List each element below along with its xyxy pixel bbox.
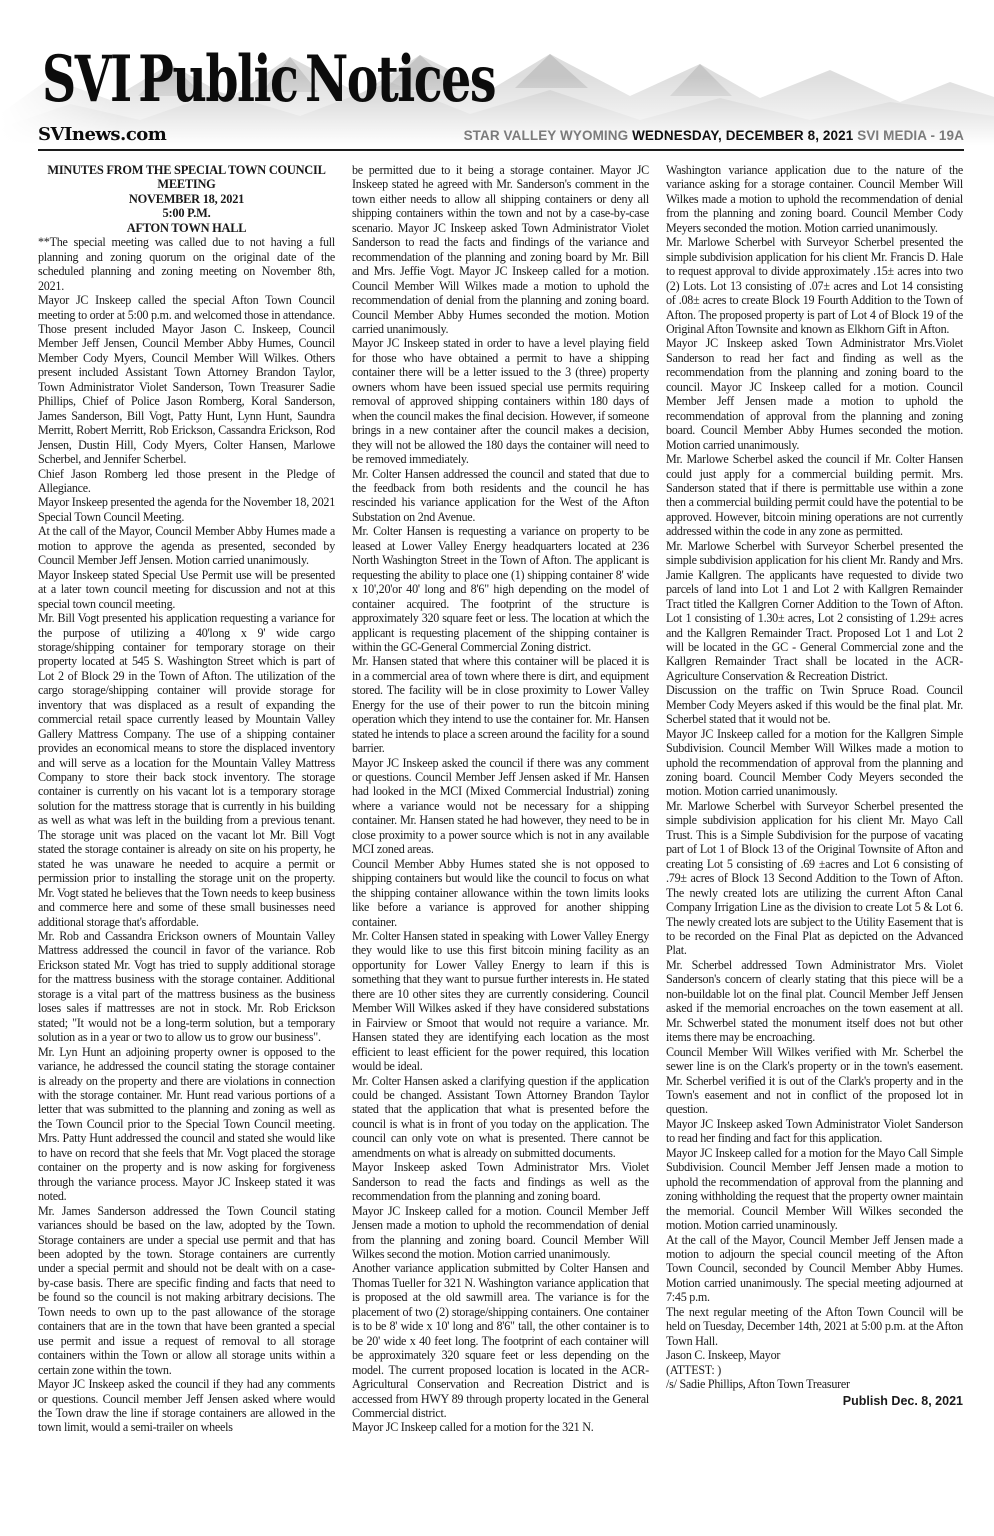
heading-line: NOVEMBER 18, 2021 [38, 192, 335, 206]
column-3: Washington variance application due to t… [666, 163, 963, 1531]
dateline-edition: SVI MEDIA - 19A [857, 128, 964, 143]
page-title: SVI Public Notices [42, 48, 495, 112]
paragraph: Those present included Mayor Jason C. In… [38, 322, 335, 467]
column-3-paragraphs: Washington variance application due to t… [666, 163, 963, 1392]
paragraph: Mr. James Sanderson addressed the Town C… [38, 1204, 335, 1377]
paragraph: Mr. Marlowe Scherbel with Surveyor Scher… [666, 539, 963, 684]
dateline-location: STAR VALLEY WYOMING [464, 128, 629, 143]
paragraph: Mayor JC Inskeep asked the council if th… [38, 1377, 335, 1435]
paragraph: Mr. Marlowe Scherbel with Surveyor Scher… [666, 799, 963, 958]
dateline-date: WEDNESDAY, DECEMBER 8, 2021 [632, 128, 853, 143]
article-heading: MINUTES FROM THE SPECIAL TOWN COUNCIL ME… [38, 163, 335, 235]
dateline: STAR VALLEY WYOMING WEDNESDAY, DECEMBER … [464, 128, 964, 143]
column-2-paragraphs: be permitted due to it being a storage c… [352, 163, 649, 1435]
paragraph: Jason C. Inskeep, Mayor [666, 1348, 963, 1362]
paragraph: Mayor JC Inskeep called for a motion for… [666, 1146, 963, 1233]
paragraph: (ATTEST: ) [666, 1363, 963, 1377]
paragraph: /s/ Sadie Phillips, Afton Town Treasurer [666, 1377, 963, 1391]
heading-line: MINUTES FROM THE SPECIAL TOWN COUNCIL [38, 163, 335, 177]
paragraph: Council Member Abby Humes stated she is … [352, 857, 649, 929]
paragraph: Mayor JC Inskeep called for a motion for… [352, 1420, 649, 1434]
paragraph: Mayor JC Inskeep called for a motion. Co… [352, 1204, 649, 1262]
paragraph: Mr. Rob and Cassandra Erickson owners of… [38, 929, 335, 1045]
paragraph: Council Member Will Wilkes verified with… [666, 1045, 963, 1117]
masthead-divider [38, 149, 964, 151]
paragraph: Mayor JC Inskeep asked Town Administrato… [666, 1117, 963, 1146]
column-2: be permitted due to it being a storage c… [352, 163, 649, 1531]
masthead-meta-row: SVInews.com STAR VALLEY WYOMING WEDNESDA… [38, 124, 964, 145]
paragraph: Washington variance application due to t… [666, 163, 963, 235]
paragraph: Mr. Marlowe Scherbel asked the council i… [666, 452, 963, 539]
paragraph: Mr. Colter Hansen asked a clarifying que… [352, 1074, 649, 1161]
paragraph: Mr. Colter Hansen addressed the council … [352, 467, 649, 525]
paragraph: Mayor JC Inskeep called the special Afto… [38, 293, 335, 322]
paragraph: The next regular meeting of the Afton To… [666, 1305, 963, 1348]
paragraph: Mayor Inskeep stated Special Use Permit … [38, 568, 335, 611]
paragraph: **The special meeting was called due to … [38, 235, 335, 293]
public-notice-article: MINUTES FROM THE SPECIAL TOWN COUNCIL ME… [38, 163, 964, 1531]
heading-line: 5:00 P.M. [38, 206, 335, 220]
paragraph: Mr. Colter Hansen stated in speaking wit… [352, 929, 649, 1074]
paragraph: be permitted due to it being a storage c… [352, 163, 649, 336]
paragraph: Mayor Inskeep asked Town Administrator M… [352, 1160, 649, 1203]
column-1: MINUTES FROM THE SPECIAL TOWN COUNCIL ME… [38, 163, 335, 1531]
paragraph: Mayor Inskeep presented the agenda for t… [38, 495, 335, 524]
heading-line: MEETING [38, 177, 335, 191]
paragraph: Discussion on the traffic on Twin Spruce… [666, 683, 963, 726]
paragraph: At the call of the Mayor, Council Member… [666, 1233, 963, 1305]
column-1-paragraphs: **The special meeting was called due to … [38, 235, 335, 1435]
paragraph: Mr. Colter Hansen is requesting a varian… [352, 524, 649, 654]
paragraph: At the call of the Mayor, Council Member… [38, 524, 335, 567]
paragraph: Mr. Lyn Hunt an adjoining property owner… [38, 1045, 335, 1204]
paragraph: Another variance application submitted b… [352, 1261, 649, 1420]
paragraph: Chief Jason Romberg led those present in… [38, 467, 335, 496]
site-name: SVInews.com [38, 124, 166, 145]
paragraph: Mayor JC Inskeep asked Town Administrato… [666, 336, 963, 452]
paragraph: Mayor JC Inskeep asked the council if th… [352, 756, 649, 857]
publish-date-line: Publish Dec. 8, 2021 [666, 1394, 963, 1408]
paragraph: Mr. Marlowe Scherbel with Surveyor Scher… [666, 235, 963, 336]
paragraph: Mayor JC Inskeep called for a motion for… [666, 727, 963, 799]
paragraph: Mr. Scherbel addressed Town Administrato… [666, 958, 963, 1045]
heading-line: AFTON TOWN HALL [38, 221, 335, 235]
paragraph: Mr. Hansen stated that where this contai… [352, 654, 649, 755]
masthead: SVI Public Notices SVInews.com STAR VALL… [0, 0, 994, 152]
paragraph: Mr. Bill Vogt presented his application … [38, 611, 335, 929]
paragraph: Mayor JC Inskeep stated in order to have… [352, 336, 649, 466]
